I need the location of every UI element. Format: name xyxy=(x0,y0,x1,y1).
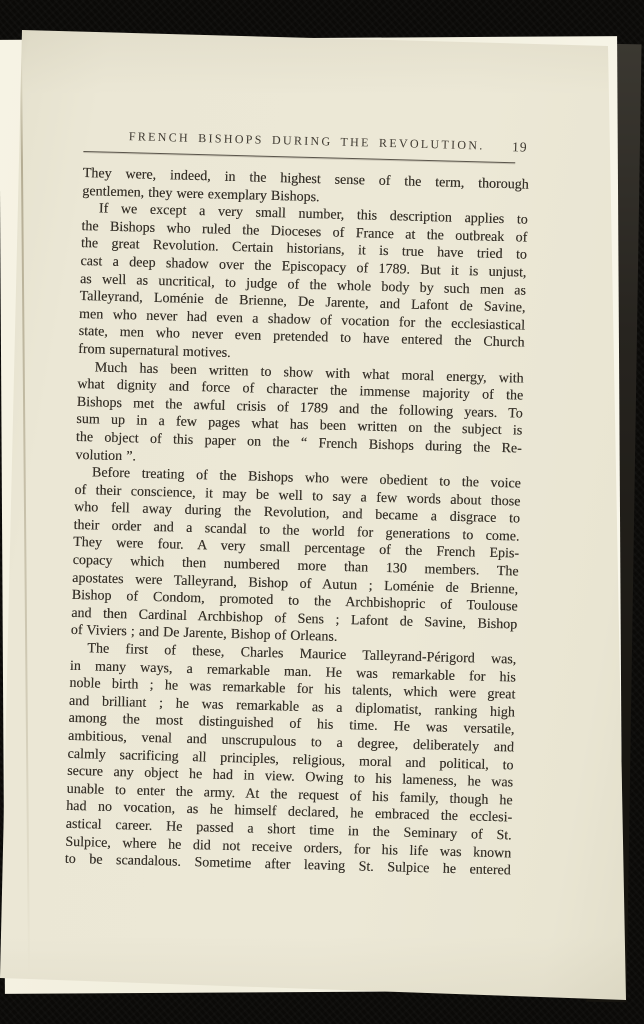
page-number: 19 xyxy=(512,139,528,155)
paragraph: The first of these, Charles Maurice Tall… xyxy=(65,640,517,880)
page-content: FRENCH BISHOPS DURING THE REVOLUTION. 19… xyxy=(65,128,530,880)
page-body: They were, indeed, in the highest sense … xyxy=(65,165,529,880)
paragraph: If we except a very small number, this d… xyxy=(78,200,528,370)
paragraph: Before treating of the Bishops who were … xyxy=(71,464,521,652)
paragraph: Much has been written to show with what … xyxy=(75,358,524,475)
book-page: FRENCH BISHOPS DURING THE REVOLUTION. 19… xyxy=(0,26,634,1004)
scanned-book-photo: FRENCH BISHOPS DURING THE REVOLUTION. 19… xyxy=(0,0,644,1024)
running-head-title: FRENCH BISHOPS DURING THE REVOLUTION. xyxy=(84,128,530,155)
